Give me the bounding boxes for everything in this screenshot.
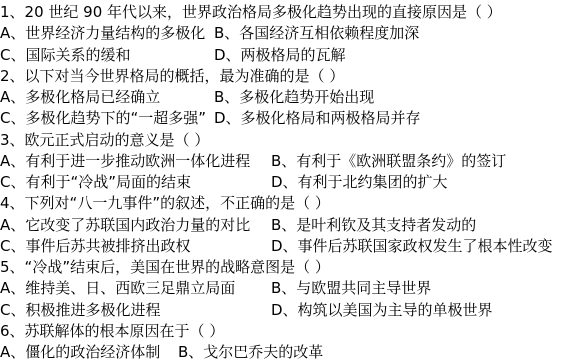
option-c: C、多极化趋势下的“一超多强”: [0, 108, 206, 129]
question-1-stem: 1、20 世纪 90 年代以来，世界政治格局多极化趋势出现的直接原因是（ ）: [0, 2, 566, 23]
option-d: D、两极格局的瓦解: [214, 45, 346, 66]
question-stem: 4、下列对“八一九事件”的叙述，不正确的是（ ）: [0, 193, 330, 214]
option-c: C、有利于“冷战”局面的结束: [0, 172, 191, 193]
option-b: B、与欧盟共同主导世界: [271, 278, 431, 299]
question-stem: 1、20 世纪 90 年代以来，世界政治格局多极化趋势出现的直接原因是（ ）: [0, 2, 502, 23]
question-2-stem: 2、以下对当今世界格局的概括，最为准确的是（ ）: [0, 66, 566, 87]
question-1-options-cd: C、国际关系的缓和 D、两极格局的瓦解: [0, 45, 566, 66]
option-a: A、有利于进一步推动欧洲一体化进程: [0, 151, 250, 172]
question-stem: 3、欧元正式启动的意义是（ ）: [0, 130, 209, 151]
option-d: D、事件后苏联国家政权发生了根本性改变: [271, 236, 553, 257]
question-5-stem: 5、“冷战”结束后，美国在世界的战略意图是（ ）: [0, 257, 566, 278]
question-4-options-ab: A、它改变了苏联国内政治力量的对比 B、是叶利钦及其支持者发动的: [0, 215, 566, 236]
option-c: C、事件后苏共被排挤出政权: [0, 236, 190, 257]
option-c: C、积极推进多极化进程: [0, 300, 160, 321]
option-b: B、各国经济互相依赖程度加深: [214, 23, 419, 44]
option-a: A、世界经济力量结构的多极化: [0, 23, 205, 44]
option-a: A、多极化格局已经确立: [0, 87, 160, 108]
option-d: D、多极化格局和两极格局并存: [214, 108, 421, 129]
question-stem: 2、以下对当今世界格局的概括，最为准确的是（ ）: [0, 66, 344, 87]
option-b: B、多极化趋势开始出现: [214, 87, 374, 108]
question-2-options-ab: A、多极化格局已经确立 B、多极化趋势开始出现: [0, 87, 566, 108]
option-d: D、构筑以美国为主导的单极世界: [271, 300, 493, 321]
option-c: C、国际关系的缓和: [0, 45, 130, 66]
option-b: B、戈尔巴乔夫的改革: [178, 342, 323, 362]
question-3-options-cd: C、有利于“冷战”局面的结束 D、有利于北约集团的扩大: [0, 172, 566, 193]
option-a: A、它改变了苏联国内政治力量的对比: [0, 215, 250, 236]
option-a: A、维持美、日、西欧三足鼎立局面: [0, 278, 235, 299]
question-2-options-cd: C、多极化趋势下的“一超多强” D、多极化格局和两极格局并存: [0, 108, 566, 129]
question-3-stem: 3、欧元正式启动的意义是（ ）: [0, 130, 566, 151]
question-6-stem: 6、苏联解体的根本原因在于（ ）: [0, 321, 566, 342]
question-5-options-ab: A、维持美、日、西欧三足鼎立局面 B、与欧盟共同主导世界: [0, 278, 566, 299]
option-b: B、有利于《欧洲联盟条约》的签订: [271, 151, 506, 172]
question-6-options-ab: A、僵化的政治经济体制 B、戈尔巴乔夫的改革: [0, 342, 566, 362]
question-4-options-cd: C、事件后苏共被排挤出政权 D、事件后苏联国家政权发生了根本性改变: [0, 236, 566, 257]
exam-document: 1、20 世纪 90 年代以来，世界政治格局多极化趋势出现的直接原因是（ ） A…: [0, 2, 566, 362]
question-stem: 5、“冷战”结束后，美国在世界的战略意图是（ ）: [0, 257, 330, 278]
question-3-options-ab: A、有利于进一步推动欧洲一体化进程 B、有利于《欧洲联盟条约》的签订: [0, 151, 566, 172]
question-1-options-ab: A、世界经济力量结构的多极化 B、各国经济互相依赖程度加深: [0, 23, 566, 44]
question-5-options-cd: C、积极推进多极化进程 D、构筑以美国为主导的单极世界: [0, 300, 566, 321]
option-a: A、僵化的政治经济体制: [0, 342, 160, 362]
option-d: D、有利于北约集团的扩大: [271, 172, 448, 193]
option-b: B、是叶利钦及其支持者发动的: [271, 215, 476, 236]
question-stem: 6、苏联解体的根本原因在于（ ）: [0, 321, 224, 342]
question-4-stem: 4、下列对“八一九事件”的叙述，不正确的是（ ）: [0, 193, 566, 214]
